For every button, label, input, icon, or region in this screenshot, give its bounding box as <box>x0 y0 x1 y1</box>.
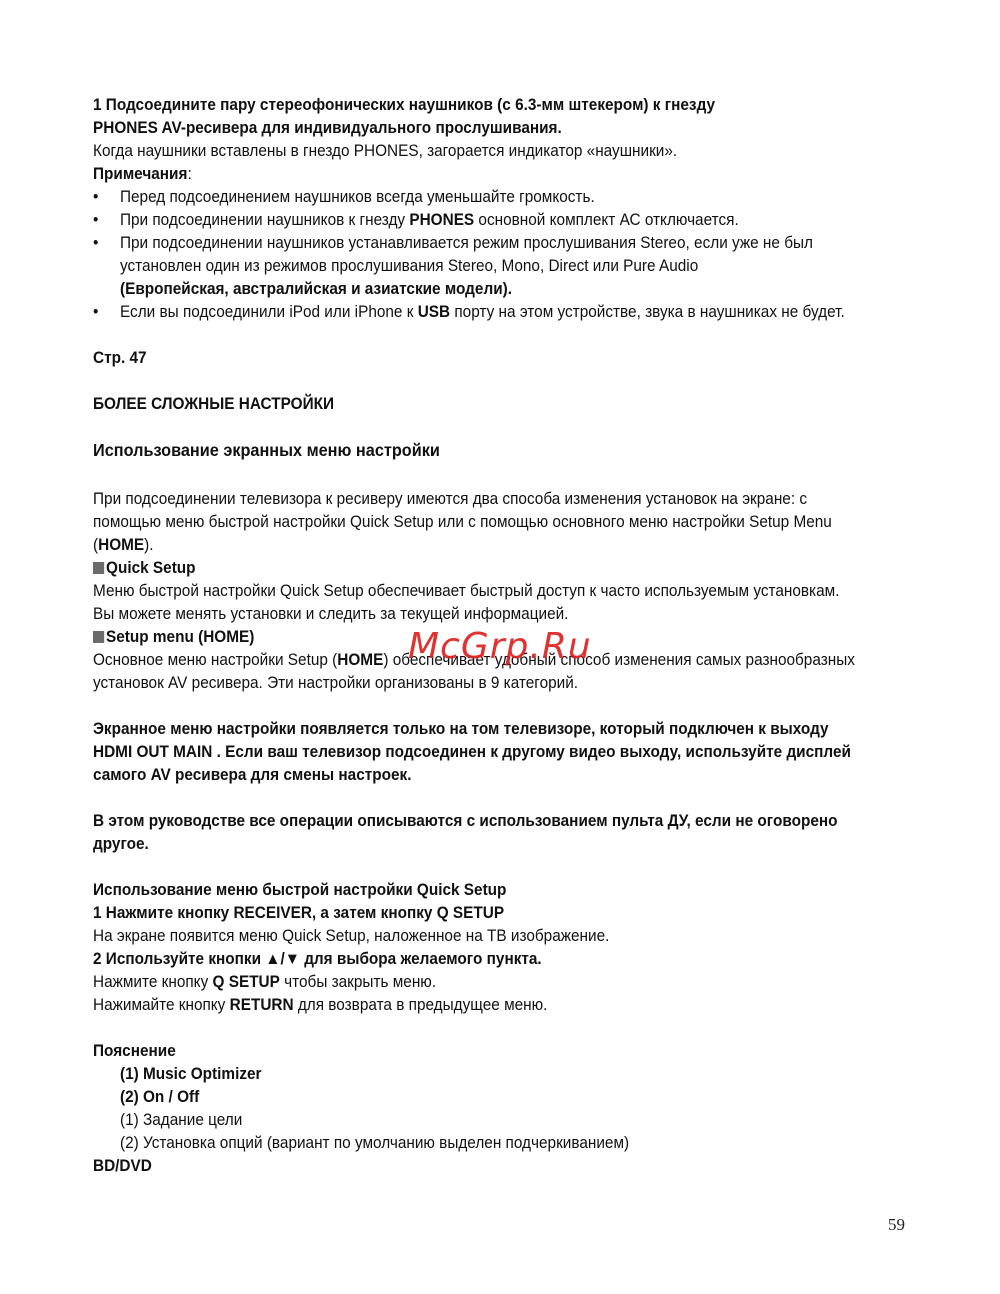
subsection-heading: Использование экранных меню настройки <box>93 439 865 462</box>
note-bullet: • При подсоединении наушников к гнезду P… <box>93 209 865 232</box>
notes-heading: Примечания: <box>93 163 865 186</box>
bullet-icon: • <box>93 186 98 209</box>
explanation-item: (2) Установка опций (вариант по умолчани… <box>93 1132 865 1155</box>
quick-setup-usage-heading: Использование меню быстрой настройки Qui… <box>93 879 865 902</box>
note-bullet: • Перед подсоединением наушников всегда … <box>93 186 865 209</box>
usage-step-2: 2 Используйте кнопки ▲/▼ для выбора жела… <box>93 948 865 971</box>
explanation-item: (2) On / Off <box>93 1086 865 1109</box>
remote-note: В этом руководстве все операции описываю… <box>93 810 865 856</box>
square-marker-icon <box>93 631 104 643</box>
note-bullet: • Если вы подсоединили iPod или iPhone к… <box>93 301 865 324</box>
step-connect-headphones-line2: PHONES AV-ресивера для индивидуального п… <box>93 117 865 140</box>
bullet-icon: • <box>93 301 98 324</box>
step-connect-headphones-line1: 1 Подсоедините пару стереофонических нау… <box>93 94 865 117</box>
quick-setup-desc: Меню быстрой настройки Quick Setup обесп… <box>93 580 865 626</box>
bullet-icon: • <box>93 232 98 255</box>
usage-step-1: 1 Нажмите кнопку RECEIVER, а затем кнопк… <box>93 902 865 925</box>
explanation-item: (1) Music Optimizer <box>93 1063 865 1086</box>
bullet-icon: • <box>93 209 98 232</box>
hdmi-warning: Экранное меню настройки появляется тольк… <box>93 718 865 787</box>
explanation-heading: Пояснение <box>93 1040 865 1063</box>
quick-setup-heading: Quick Setup <box>93 557 865 580</box>
explanation-item: (1) Задание цели <box>93 1109 865 1132</box>
square-marker-icon <box>93 562 104 574</box>
note-bullet: • При подсоединении наушников устанавлив… <box>93 232 865 301</box>
watermark: McGrp.Ru <box>408 626 592 667</box>
intro-paragraph: При подсоединении телевизора к ресиверу … <box>93 488 865 557</box>
close-menu-instruction: Нажмите кнопку Q SETUP чтобы закрыть мен… <box>93 971 865 994</box>
section-heading: БОЛЕЕ СЛОЖНЫЕ НАСТРОЙКИ <box>93 393 865 416</box>
return-instruction: Нажимайте кнопку RETURN для возврата в п… <box>93 994 865 1017</box>
page-number: 59 <box>888 1215 905 1235</box>
usage-step-1-desc: На экране появится меню Quick Setup, нал… <box>93 925 865 948</box>
headphones-indicator-desc: Когда наушники вставлены в гнездо PHONES… <box>93 140 865 163</box>
bd-dvd-label: BD/DVD <box>93 1155 865 1178</box>
page-reference: Стр. 47 <box>93 347 865 370</box>
